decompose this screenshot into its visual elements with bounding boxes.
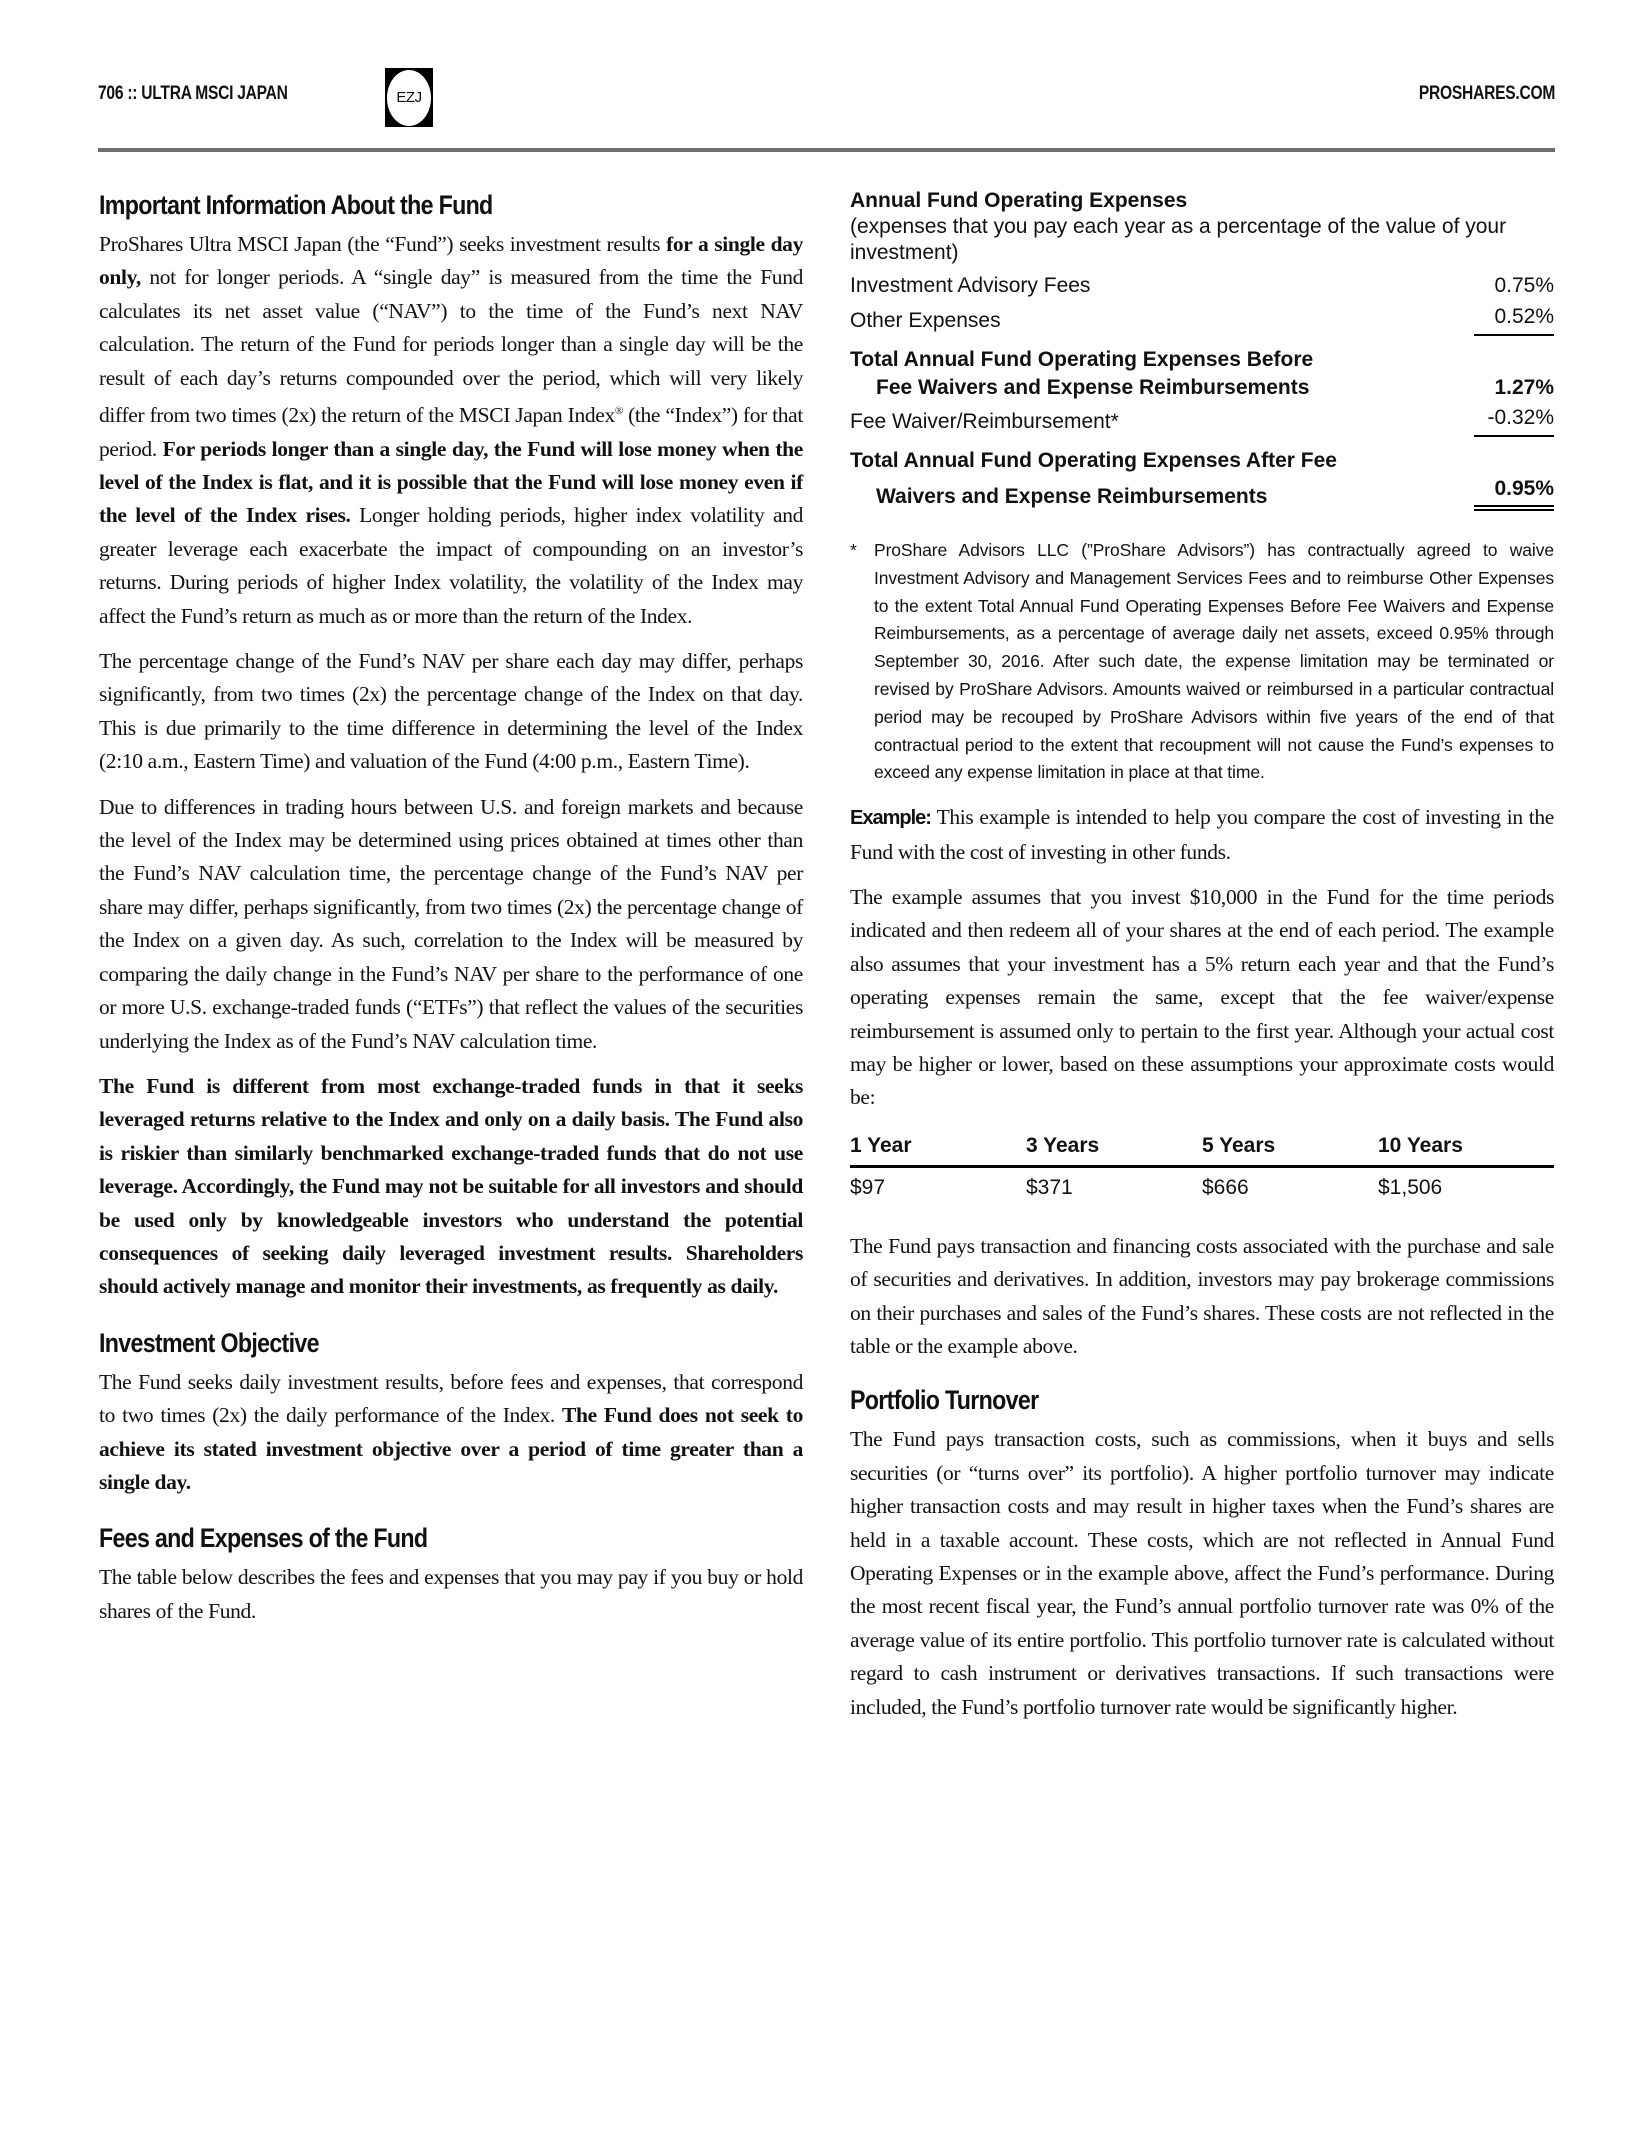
table-title: Annual Fund Operating Expenses: [850, 188, 1554, 214]
right-column: Annual Fund Operating Expenses (expenses…: [850, 188, 1554, 1736]
section-heading: Portfolio Turnover: [850, 1383, 1455, 1417]
expense-value: 0.95%: [1474, 475, 1554, 511]
paragraph: The percentage change of the Fund’s NAV …: [99, 645, 803, 779]
footnote-marker: *: [850, 537, 874, 787]
column-header: 5 Years: [1202, 1131, 1378, 1161]
example-assumptions: The example assumes that you invest $10,…: [850, 881, 1554, 1115]
expense-value: -0.32%: [1474, 402, 1554, 437]
paragraph: Due to differences in trading hours betw…: [99, 791, 803, 1058]
expense-row: Waivers and Expense Reimbursements 0.95%: [850, 475, 1554, 511]
section-heading: Investment Objective: [99, 1326, 704, 1360]
expense-value: 1.27%: [1474, 374, 1554, 402]
investment-objective-section: Investment Objective The Fund seeks dail…: [99, 1326, 803, 1500]
expense-row: Total Annual Fund Operating Expenses Bef…: [850, 346, 1554, 374]
example-intro: Example: This example is intended to hel…: [850, 801, 1554, 869]
important-information-section: Important Information About the Fund Pro…: [99, 188, 803, 1304]
column-header: 10 Years: [1378, 1131, 1554, 1161]
expense-row: Investment Advisory Fees 0.75%: [850, 270, 1554, 301]
expense-value: 0.52%: [1474, 301, 1554, 336]
transaction-costs-paragraph: The Fund pays transaction and financing …: [850, 1230, 1554, 1364]
expense-label: Investment Advisory Fees: [850, 270, 1090, 301]
expense-label: Total Annual Fund Operating Expenses Aft…: [850, 447, 1337, 475]
paragraph: The table below describes the fees and e…: [99, 1561, 803, 1628]
ticker-badge-label: EZJ: [387, 70, 431, 126]
registered-mark: ®: [615, 405, 623, 417]
header-divider: [98, 148, 1555, 152]
portfolio-turnover-section: Portfolio Turnover The Fund pays transac…: [850, 1383, 1554, 1724]
expense-label: Total Annual Fund Operating Expenses Bef…: [850, 346, 1313, 374]
fees-and-expenses-section: Fees and Expenses of the Fund The table …: [99, 1521, 803, 1628]
expense-label: Waivers and Expense Reimbursements: [850, 483, 1267, 511]
expense-label: Other Expenses: [850, 305, 1001, 336]
table-header-row: 1 Year 3 Years 5 Years 10 Years: [850, 1131, 1554, 1168]
column-header: 3 Years: [1026, 1131, 1202, 1161]
annual-operating-expenses-table: Annual Fund Operating Expenses (expenses…: [850, 188, 1554, 511]
expense-row: Other Expenses 0.52%: [850, 301, 1554, 336]
expense-row: Total Annual Fund Operating Expenses Aft…: [850, 447, 1554, 475]
cost-value: $97: [850, 1168, 1026, 1208]
cost-value: $666: [1202, 1168, 1378, 1208]
expense-row: Fee Waivers and Expense Reimbursements 1…: [850, 374, 1554, 402]
paragraph: The Fund seeks daily investment results,…: [99, 1366, 803, 1500]
expense-value: 0.75%: [1474, 270, 1554, 301]
page-header: 706 :: ULTRA MSCI JAPAN EZJ PROSHARES.CO…: [98, 64, 1555, 154]
bold-warning-paragraph: The Fund is different from most exchange…: [99, 1070, 803, 1304]
total-before-waivers: Total Annual Fund Operating Expenses Bef…: [850, 346, 1554, 402]
cost-value: $1,506: [1378, 1168, 1554, 1208]
paragraph: The Fund pays transaction costs, such as…: [850, 1423, 1554, 1724]
paragraph: ProShares Ultra MSCI Japan (the “Fund”) …: [99, 228, 803, 633]
section-heading: Important Information About the Fund: [99, 188, 704, 222]
footnote-text: ProShare Advisors LLC (”ProShare Advisor…: [874, 537, 1554, 787]
section-heading: Fees and Expenses of the Fund: [99, 1521, 704, 1555]
table-row: $97 $371 $666 $1,506: [850, 1168, 1554, 1208]
expense-footnote: * ProShare Advisors LLC (”ProShare Advis…: [850, 537, 1554, 787]
total-after-waivers: Total Annual Fund Operating Expenses Aft…: [850, 447, 1554, 511]
expense-label: Fee Waiver/Reimbursement*: [850, 406, 1119, 437]
website-label: PROSHARES.COM: [1419, 64, 1555, 124]
expense-row: Fee Waiver/Reimbursement* -0.32%: [850, 402, 1554, 437]
text: ProShares Ultra MSCI Japan (the “Fund”) …: [99, 232, 666, 256]
left-column: Important Information About the Fund Pro…: [99, 188, 803, 1640]
column-header: 1 Year: [850, 1131, 1026, 1161]
cost-value: $371: [1026, 1168, 1202, 1208]
table-subtitle: (expenses that you pay each year as a pe…: [850, 214, 1554, 266]
example-cost-table: 1 Year 3 Years 5 Years 10 Years $97 $371…: [850, 1131, 1554, 1208]
text: This example is intended to help you com…: [850, 805, 1554, 863]
ticker-badge-icon: EZJ: [385, 68, 433, 127]
page-number-and-fund-title: 706 :: ULTRA MSCI JAPAN: [98, 83, 288, 105]
example-label: Example:: [850, 807, 931, 829]
expense-label: Fee Waivers and Expense Reimbursements: [850, 374, 1309, 402]
header-left: 706 :: ULTRA MSCI JAPAN: [98, 64, 329, 124]
